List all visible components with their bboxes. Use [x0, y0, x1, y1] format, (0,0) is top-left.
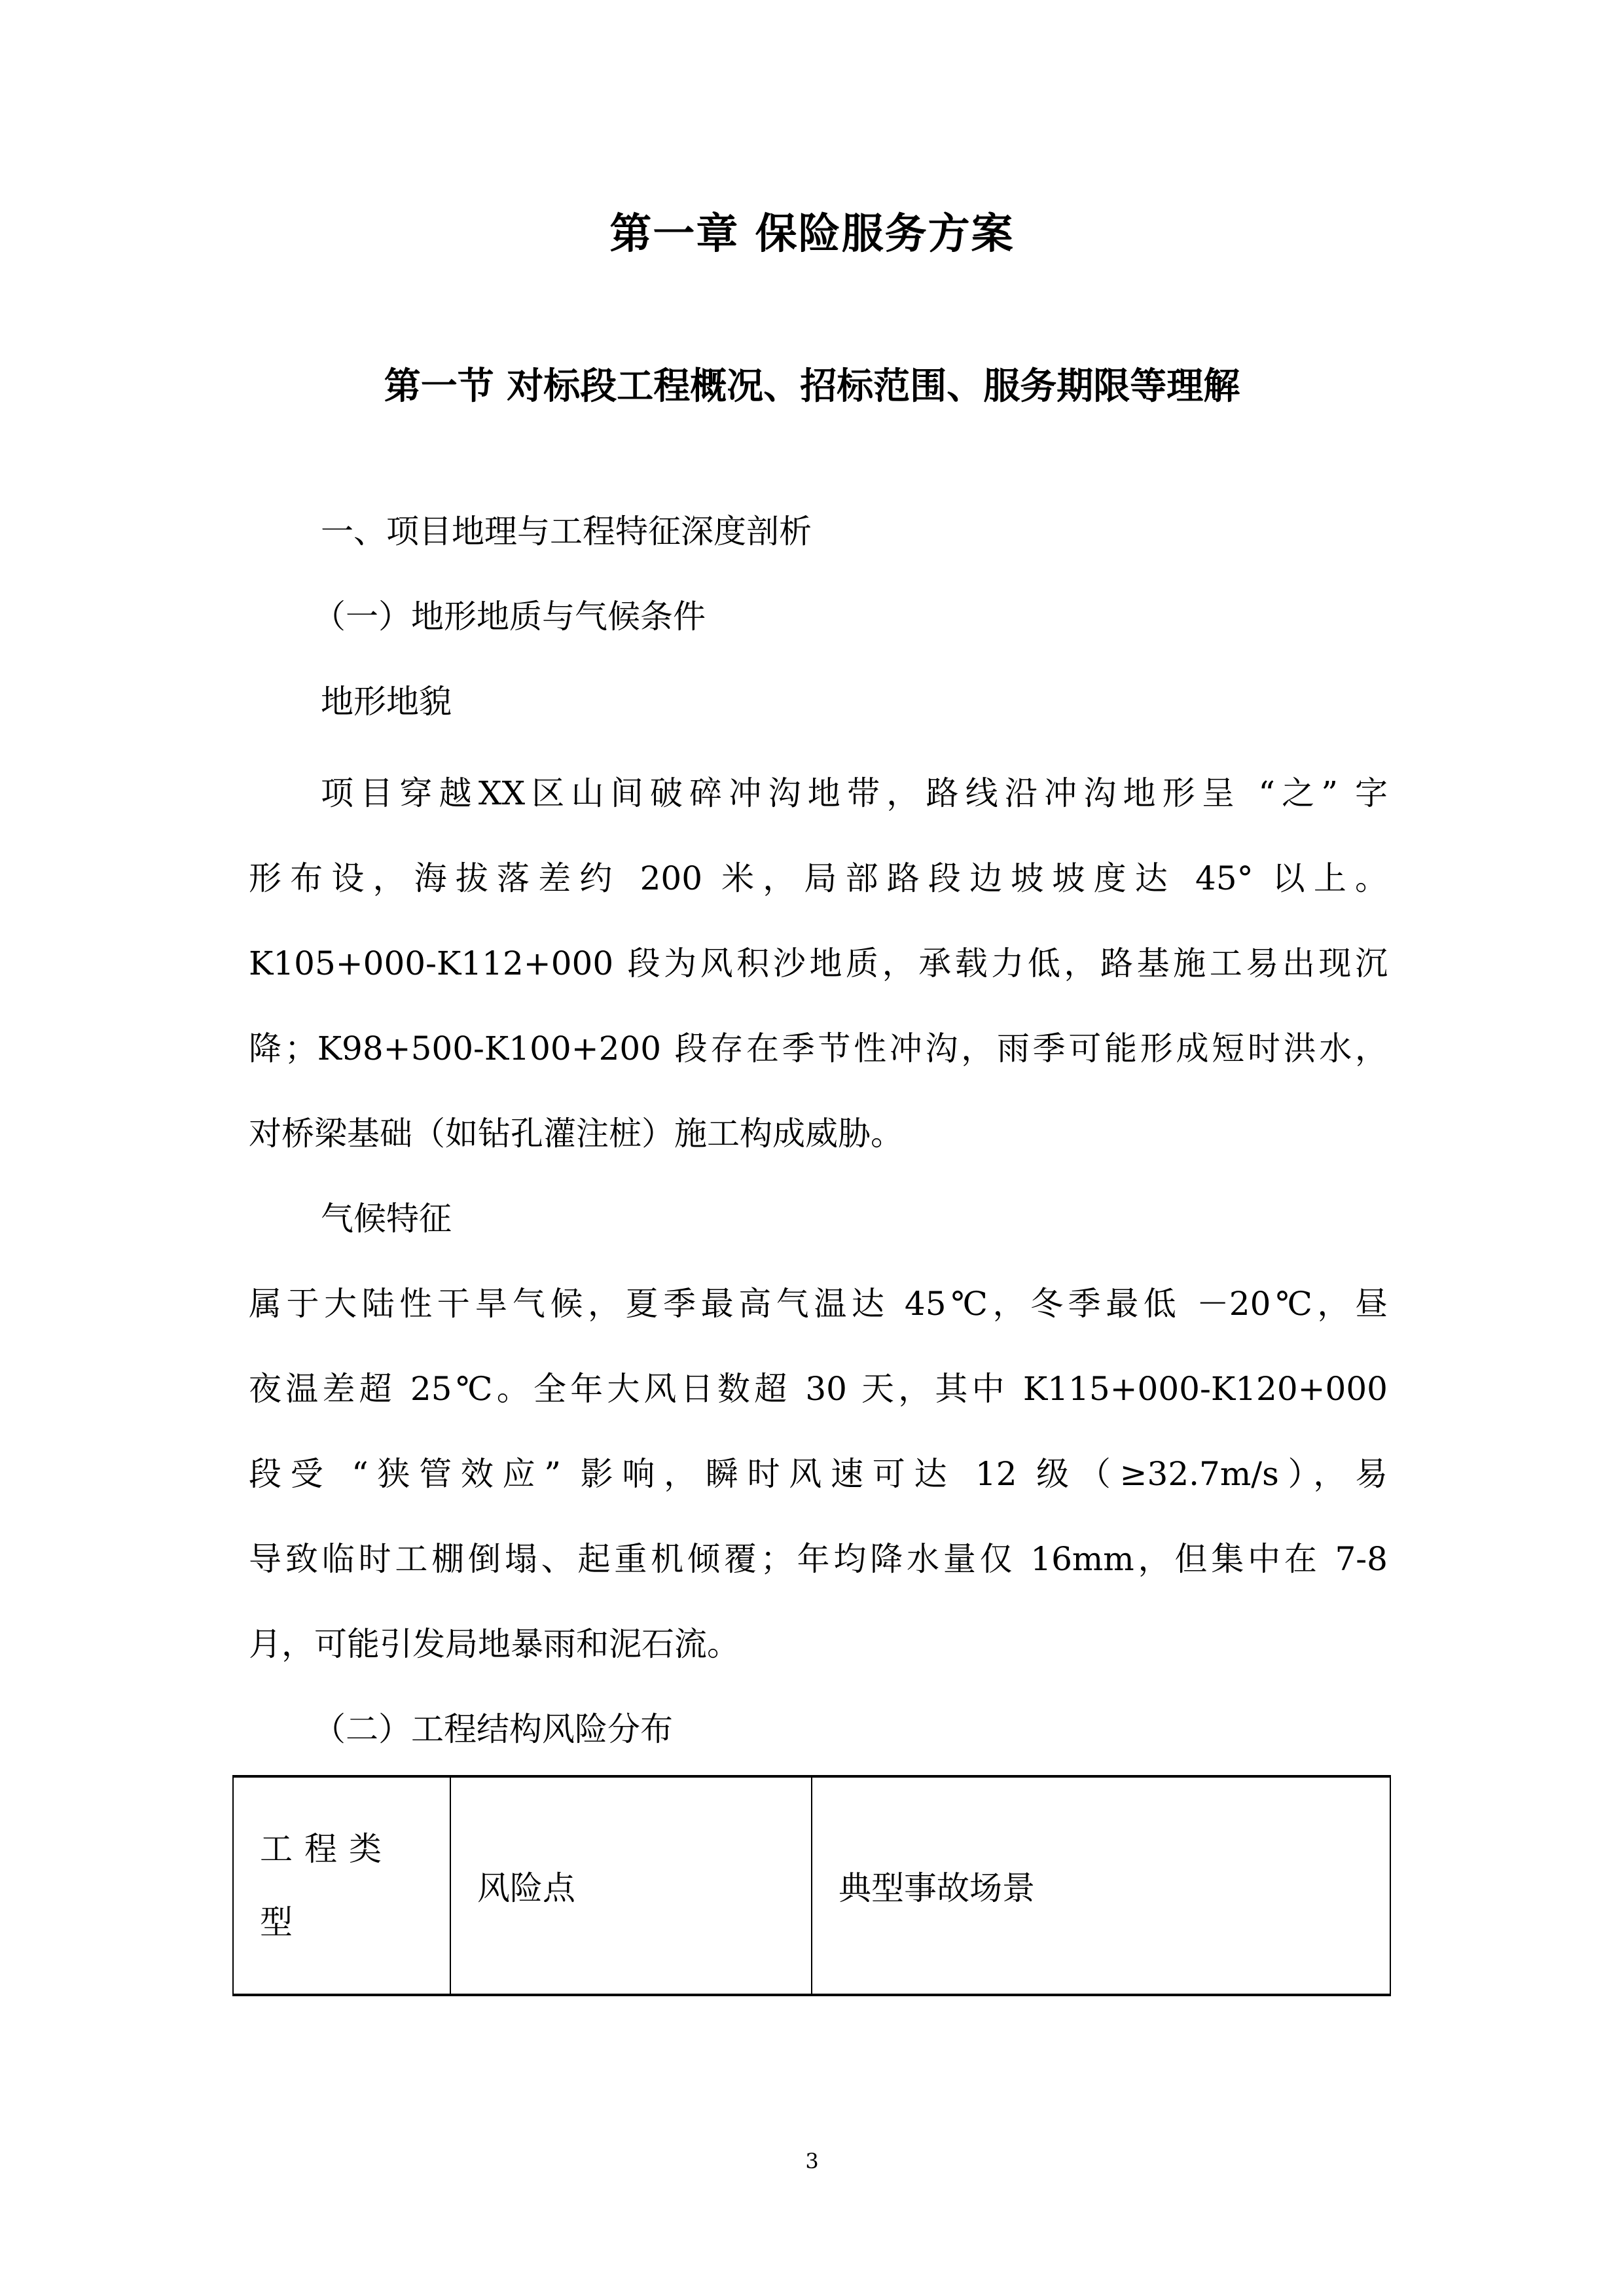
- climate-paragraph-line: 夜温差超 25℃。全年大风日数超 30 天，其中 K115+000-K120+0…: [249, 1368, 1388, 1410]
- heading-project-analysis: 一、项目地理与工程特征深度剖析: [321, 511, 812, 552]
- climate-paragraph-line: 属于大陆性干旱气候，夏季最高气温达 45℃，冬季最低 －20℃，昼: [249, 1283, 1388, 1325]
- climate-paragraph-line: 月，可能引发局地暴雨和泥石流。: [249, 1623, 740, 1665]
- header-engineering-type: 工程类型: [233, 1776, 450, 1995]
- terrain-label: 地形地貌: [321, 681, 452, 723]
- risk-distribution-table: 工程类型 风险点 典型事故场景: [232, 1775, 1391, 1996]
- terrain-paragraph-line: 降；K98+500-K100+200 段存在季节性冲沟，雨季可能形成短时洪水，: [249, 1028, 1388, 1069]
- section-title: 第一节 对标段工程概况、招标范围、服务期限等理解: [0, 363, 1624, 410]
- header-risk-point: 风险点: [450, 1776, 812, 1995]
- climate-paragraph-line: 导致临时工棚倒塌、起重机倾覆；年均降水量仅 16mm，但集中在 7-8: [249, 1538, 1388, 1580]
- table-header-row: 工程类型 风险点 典型事故场景: [233, 1776, 1390, 1995]
- document-page: 第一章 保险服务方案 第一节 对标段工程概况、招标范围、服务期限等理解 一、项目…: [0, 0, 1624, 2296]
- terrain-paragraph-line: 对桥梁基础（如钻孔灌注桩）施工构成威胁。: [249, 1113, 903, 1155]
- terrain-paragraph-line: 项目穿越XX区山间破碎冲沟地带，路线沿冲沟地形呈 “之” 字: [321, 772, 1388, 814]
- climate-label: 气候特征: [321, 1198, 452, 1240]
- terrain-paragraph-line: K105+000-K112+000 段为风积沙地质，承载力低，路基施工易出现沉: [249, 942, 1388, 984]
- climate-paragraph-line: 段受 “狭管效应” 影响，瞬时风速可达 12 级（≥32.7m/s），易: [249, 1453, 1388, 1495]
- terrain-paragraph-line: 形布设，海拔落差约 200 米，局部路段边坡坡度达 45° 以上。: [249, 857, 1388, 899]
- heading-terrain-climate: （一）地形地质与气候条件: [313, 596, 706, 637]
- header-typical-accident: 典型事故场景: [812, 1776, 1390, 1995]
- page-number: 3: [0, 2149, 1624, 2174]
- heading-structure-risk: （二）工程结构风险分布: [313, 1708, 673, 1750]
- chapter-title: 第一章 保险服务方案: [0, 208, 1624, 260]
